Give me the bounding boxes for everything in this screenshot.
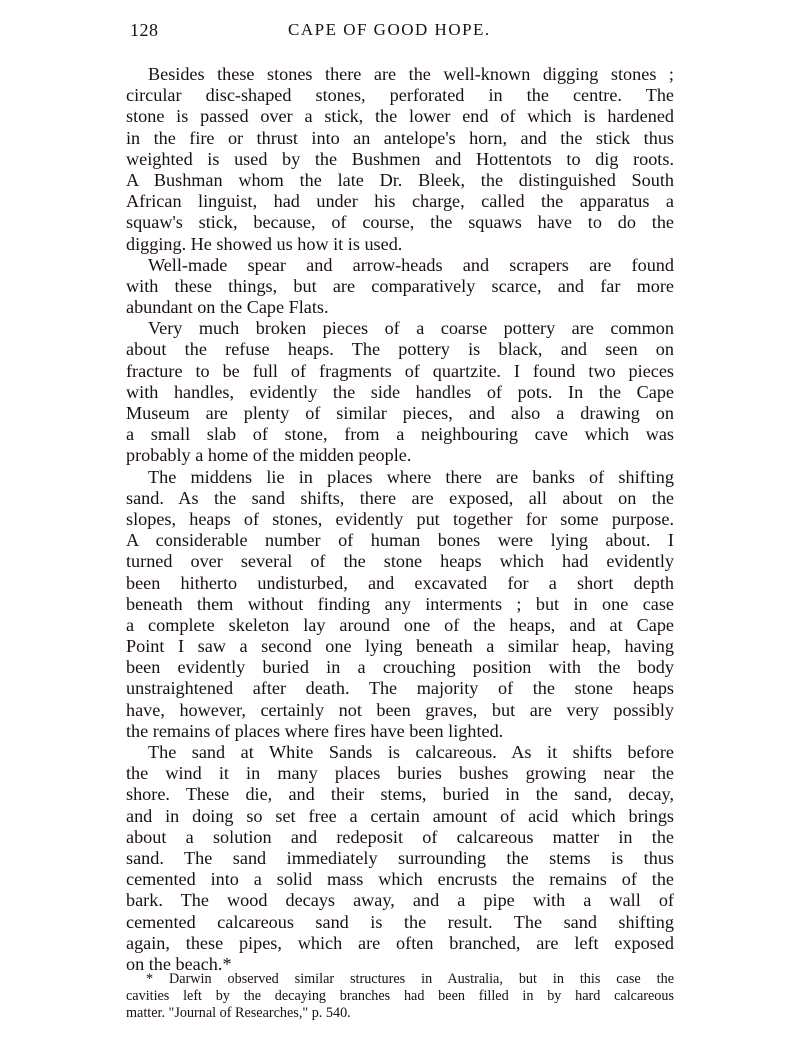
book-page: 128 CAPE OF GOOD HOPE. Besides these sto… (0, 0, 800, 1050)
text-line: African linguist, had under his charge, … (126, 191, 674, 212)
text-line: Besides these stones there are the well-… (126, 64, 674, 85)
paragraph-white-sands: The sand at White Sands is calcareous. A… (126, 742, 674, 975)
text-line: Very much broken pieces of a coarse pott… (126, 318, 674, 339)
text-line: squaw's stick, because, of course, the s… (126, 212, 674, 233)
text-line: in the fire or thrust into an antelope's… (126, 128, 674, 149)
text-line: about the refuse heaps. The pottery is b… (126, 339, 674, 360)
text-line: beneath them without finding any interme… (126, 594, 674, 615)
text-line: and in doing so set free a certain amoun… (126, 806, 674, 827)
text-line: with these things, but are comparatively… (126, 276, 674, 297)
text-line: probably a home of the midden people. (126, 445, 674, 466)
footnote-line: * Darwin observed similar structures in … (126, 971, 674, 988)
text-line: cemented calcareous sand is the result. … (126, 912, 674, 933)
text-line: sand. As the sand shifts, there are expo… (126, 488, 674, 509)
text-line: a complete skeleton lay around one of th… (126, 615, 674, 636)
text-line: Well-made spear and arrow-heads and scra… (126, 255, 674, 276)
text-line: Museum are plenty of similar pieces, and… (126, 403, 674, 424)
text-line: bark. The wood decays away, and a pipe w… (126, 890, 674, 911)
running-title: CAPE OF GOOD HOPE. (288, 20, 491, 40)
paragraph-digging-stones: Besides these stones there are the well-… (126, 64, 674, 255)
text-line: turned over several of the stone heaps w… (126, 551, 674, 572)
body-text: Besides these stones there are the well-… (126, 64, 674, 975)
text-line: shore. These die, and their stems, burie… (126, 784, 674, 805)
paragraph-middens: The middens lie in places where there ar… (126, 467, 674, 742)
text-line: A Bushman whom the late Dr. Bleek, the d… (126, 170, 674, 191)
text-line: cemented into a solid mass which encrust… (126, 869, 674, 890)
text-line: A considerable number of human bones wer… (126, 530, 674, 551)
text-line: sand. The sand immediately surrounding t… (126, 848, 674, 869)
text-line: been hitherto undisturbed, and excavated… (126, 573, 674, 594)
text-line: have, however, certainly not been graves… (126, 700, 674, 721)
text-line: The middens lie in places where there ar… (126, 467, 674, 488)
page-number: 128 (130, 20, 159, 41)
text-line: about a solution and redeposit of calcar… (126, 827, 674, 848)
text-line: abundant on the Cape Flats. (126, 297, 674, 318)
footnote-line: cavities left by the decaying branches h… (126, 988, 674, 1005)
text-line: fracture to be full of fragments of quar… (126, 361, 674, 382)
text-line: with handles, evidently the side handles… (126, 382, 674, 403)
text-line: been evidently buried in a crouching pos… (126, 657, 674, 678)
text-line: stone is passed over a stick, the lower … (126, 106, 674, 127)
text-line: digging. He showed us how it is used. (126, 234, 674, 255)
text-line: the wind it in many places buries bushes… (126, 763, 674, 784)
paragraph-spear-heads: Well-made spear and arrow-heads and scra… (126, 255, 674, 319)
text-line: unstraightened after death. The majority… (126, 678, 674, 699)
footnote-line: matter. "Journal of Researches," p. 540. (126, 1005, 674, 1022)
text-line: circular disc-shaped stones, perforated … (126, 85, 674, 106)
text-line: again, these pipes, which are often bran… (126, 933, 674, 954)
text-line: The sand at White Sands is calcareous. A… (126, 742, 674, 763)
footnote: * Darwin observed similar structures in … (126, 971, 674, 1022)
text-line: Point I saw a second one lying beneath a… (126, 636, 674, 657)
text-line: a small slab of stone, from a neighbouri… (126, 424, 674, 445)
page-header: 128 CAPE OF GOOD HOPE. (128, 20, 688, 44)
text-line: the remains of places where fires have b… (126, 721, 674, 742)
text-line: weighted is used by the Bushmen and Hott… (126, 149, 674, 170)
text-line: slopes, heaps of stones, evidently put t… (126, 509, 674, 530)
paragraph-pottery: Very much broken pieces of a coarse pott… (126, 318, 674, 466)
